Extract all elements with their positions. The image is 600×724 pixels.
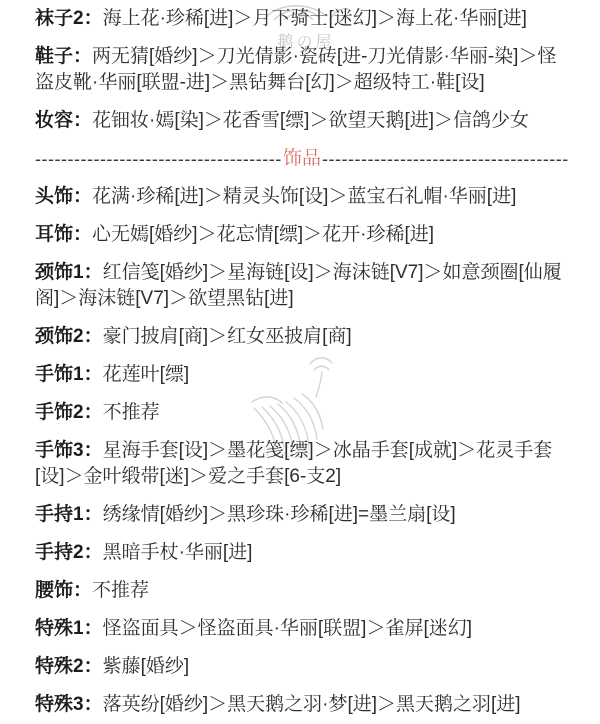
row-headwear-label: 头饰： <box>35 186 92 207</box>
row-special-3: 特殊3：落英纷[婚纱]＞黑天鹅之羽·梦[进]＞黑天鹅之羽[进] <box>35 692 569 718</box>
divider-dashes-left: ----------------------------------------… <box>35 146 282 172</box>
row-special-1: 特殊1：怪盗面具＞怪盗面具·华丽[联盟]＞雀屏[迷幻] <box>35 616 569 642</box>
outfit-guide-list: 袜子2：海上花·珍稀[进]＞月下骑士[迷幻]＞海上花·华丽[进] 鞋子：两无猜[… <box>35 6 569 724</box>
divider-dashes-right: ----------------------------------------… <box>322 146 569 172</box>
row-hand-accessory-2-value: 不推荐 <box>103 402 160 423</box>
row-socks-2-label: 袜子2： <box>35 8 103 29</box>
row-hand-accessory-1: 手饰1：花莲叶[缥] <box>35 362 569 388</box>
row-makeup-label: 妆容： <box>35 110 92 131</box>
row-handheld-1-value: 绣缘情[婚纱]＞黑珍珠·珍稀[进]=墨兰扇[设] <box>103 504 456 525</box>
row-special-3-label: 特殊3： <box>35 694 103 715</box>
row-handheld-2-value: 黑暗手杖·华丽[进] <box>103 542 253 563</box>
row-special-3-value: 落英纷[婚纱]＞黑天鹅之羽·梦[进]＞黑天鹅之羽[进] <box>103 694 521 715</box>
accessories-section-divider: ----------------------------------------… <box>35 146 569 172</box>
row-headwear: 头饰：花满·珍稀[进]＞精灵头饰[设]＞蓝宝石礼帽·华丽[进] <box>35 184 569 210</box>
row-special-2-value: 紫藤[婚纱] <box>103 656 190 677</box>
row-necklace-2-value: 豪门披肩[商]＞红女巫披肩[商] <box>103 326 352 347</box>
row-socks-2: 袜子2：海上花·珍稀[进]＞月下骑士[迷幻]＞海上花·华丽[进] <box>35 6 569 32</box>
row-necklace-2: 颈饰2：豪门披肩[商]＞红女巫披肩[商] <box>35 324 569 350</box>
row-special-2: 特殊2：紫藤[婚纱] <box>35 654 569 680</box>
row-special-1-value: 怪盗面具＞怪盗面具·华丽[联盟]＞雀屏[迷幻] <box>103 618 472 639</box>
row-shoes-label: 鞋子： <box>35 46 92 67</box>
row-earrings-value: 心无嫣[婚纱]＞花忘情[缥]＞花开·珍稀[进] <box>92 224 434 245</box>
row-shoes: 鞋子：两无猜[婚纱]＞刀光倩影·瓷砖[进-刀光倩影·华丽-染]＞怪盗皮靴·华丽[… <box>35 44 569 96</box>
row-makeup-value: 花钿妆·嫣[染]＞花香雪[缥]＞欲望天鹅[进]＞信鸽少女 <box>92 110 529 131</box>
row-necklace-1: 颈饰1：红信笺[婚纱]＞星海链[设]＞海沫链[V7]＞如意颈圈[仙履阁]＞海沫链… <box>35 260 569 312</box>
row-hand-accessory-3-label: 手饰3： <box>35 440 103 461</box>
row-earrings-label: 耳饰： <box>35 224 92 245</box>
accessories-section-title: 饰品 <box>282 146 322 172</box>
row-special-2-label: 特殊2： <box>35 656 103 677</box>
row-waist-label: 腰饰： <box>35 580 92 601</box>
row-handheld-1: 手持1：绣缘情[婚纱]＞黑珍珠·珍稀[进]=墨兰扇[设] <box>35 502 569 528</box>
row-hand-accessory-3: 手饰3：星海手套[设]＞墨花笺[缥]＞冰晶手套[成就]＞花灵手套[设]＞金叶缎带… <box>35 438 569 490</box>
row-handheld-1-label: 手持1： <box>35 504 103 525</box>
row-hand-accessory-3-value: 星海手套[设]＞墨花笺[缥]＞冰晶手套[成就]＞花灵手套[设]＞金叶缎带[迷]＞… <box>35 440 552 487</box>
row-makeup: 妆容：花钿妆·嫣[染]＞花香雪[缥]＞欲望天鹅[进]＞信鸽少女 <box>35 108 569 134</box>
row-shoes-value: 两无猜[婚纱]＞刀光倩影·瓷砖[进-刀光倩影·华丽-染]＞怪盗皮靴·华丽[联盟-… <box>35 46 556 93</box>
row-headwear-value: 花满·珍稀[进]＞精灵头饰[设]＞蓝宝石礼帽·华丽[进] <box>92 186 516 207</box>
row-waist-value: 不推荐 <box>92 580 149 601</box>
row-special-1-label: 特殊1： <box>35 618 103 639</box>
row-hand-accessory-2: 手饰2：不推荐 <box>35 400 569 426</box>
row-necklace-1-label: 颈饰1： <box>35 262 103 283</box>
row-hand-accessory-1-value: 花莲叶[缥] <box>103 364 190 385</box>
row-hand-accessory-2-label: 手饰2： <box>35 402 103 423</box>
row-socks-2-value: 海上花·珍稀[进]＞月下骑士[迷幻]＞海上花·华丽[进] <box>103 8 527 29</box>
row-waist: 腰饰：不推荐 <box>35 578 569 604</box>
row-necklace-2-label: 颈饰2： <box>35 326 103 347</box>
row-handheld-2-label: 手持2： <box>35 542 103 563</box>
row-handheld-2: 手持2：黑暗手杖·华丽[进] <box>35 540 569 566</box>
row-earrings: 耳饰：心无嫣[婚纱]＞花忘情[缥]＞花开·珍稀[进] <box>35 222 569 248</box>
row-hand-accessory-1-label: 手饰1： <box>35 364 103 385</box>
row-necklace-1-value: 红信笺[婚纱]＞星海链[设]＞海沫链[V7]＞如意颈圈[仙履阁]＞海沫链[V7]… <box>35 262 562 309</box>
